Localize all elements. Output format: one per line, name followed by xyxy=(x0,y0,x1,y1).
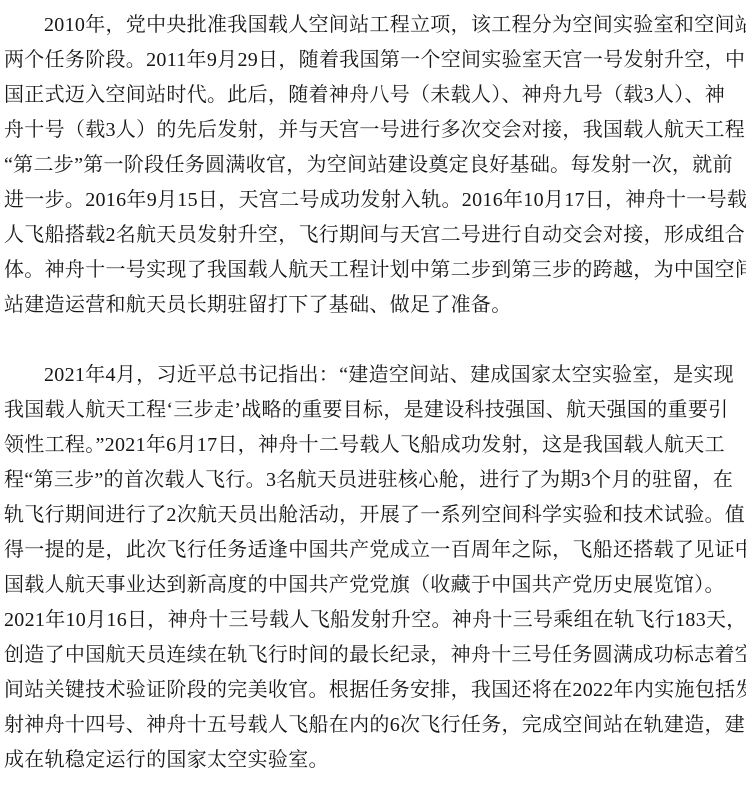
text-line: 体。神舟十一号实现了我国载人航天工程计划中第二步到第三步的跨越，为中国空间 xyxy=(4,253,746,288)
text-line: 创造了中国航天员连续在轨飞行时间的最长纪录，神舟十三号任务圆满成功标志着空 xyxy=(4,638,746,673)
text-line: 舟十号（载3人）的先后发射，并与天宫一号进行多次交会对接，我国载人航天工程 xyxy=(4,113,746,148)
text-line: 两个任务阶段。2011年9月29日，随着我国第一个空间实验室天宫一号发射升空，中 xyxy=(4,43,746,78)
paragraph-space-station-program-history: 2010年，党中央批准我国载人空间站工程立项，该工程分为空间实验室和空间站 两个… xyxy=(4,8,746,323)
text-line: 间站关键技术验证阶段的完美收官。根据任务安排，我国还将在2022年内实施包括发 xyxy=(4,673,746,708)
text-line: 2021年4月，习近平总书记指出：“建造空间站、建成国家太空实验室，是实现 xyxy=(4,358,746,393)
text-line: 得一提的是，此次飞行任务适逢中国共产党成立一百周年之际，飞船还搭载了见证中 xyxy=(4,533,746,568)
text-line: 领性工程。”2021年6月17日，神舟十二号载人飞船成功发射，这是我国载人航天工 xyxy=(4,428,746,463)
text-line: 轨飞行期间进行了2次航天员出舱活动，开展了一系列空间科学实验和技术试验。值 xyxy=(4,498,746,533)
text-line: 成在轨稳定运行的国家太空实验室。 xyxy=(4,743,746,778)
document-page: 2010年，党中央批准我国载人空间站工程立项，该工程分为空间实验室和空间站 两个… xyxy=(0,0,749,785)
text-line: 2010年，党中央批准我国载人空间站工程立项，该工程分为空间实验室和空间站 xyxy=(4,8,746,43)
text-line: “第二步”第一阶段任务圆满收官，为空间站建设奠定良好基础。每发射一次，就前 xyxy=(4,148,746,183)
text-line: 国正式迈入空间站时代。此后，随着神舟八号（未载人）、神舟九号（载3人）、神 xyxy=(4,78,746,113)
text-line: 国载人航天事业达到新高度的中国共产党党旗（收藏于中国共产党历史展览馆）。 xyxy=(4,568,746,603)
text-line: 人飞船搭载2名航天员发射升空，飞行期间与天宫二号进行自动交会对接，形成组合 xyxy=(4,218,746,253)
text-line: 射神舟十四号、神舟十五号载人飞船在内的6次飞行任务，完成空间站在轨建造，建 xyxy=(4,708,746,743)
text-line: 2021年10月16日，神舟十三号载人飞船发射升空。神舟十三号乘组在轨飞行183… xyxy=(4,603,746,638)
text-line: 站建造运营和航天员长期驻留打下了基础、做足了准备。 xyxy=(4,288,746,323)
text-line: 进一步。2016年9月15日，天宫二号成功发射入轨。2016年10月17日，神舟… xyxy=(4,183,746,218)
text-line: 我国载人航天工程‘三步走’战略的重要目标，是建设科技强国、航天强国的重要引 xyxy=(4,393,746,428)
text-line: 程“第三步”的首次载人飞行。3名航天员进驻核心舱，进行了为期3个月的驻留，在 xyxy=(4,463,746,498)
paragraph-space-station-third-step: 2021年4月，习近平总书记指出：“建造空间站、建成国家太空实验室，是实现 我国… xyxy=(4,358,746,778)
